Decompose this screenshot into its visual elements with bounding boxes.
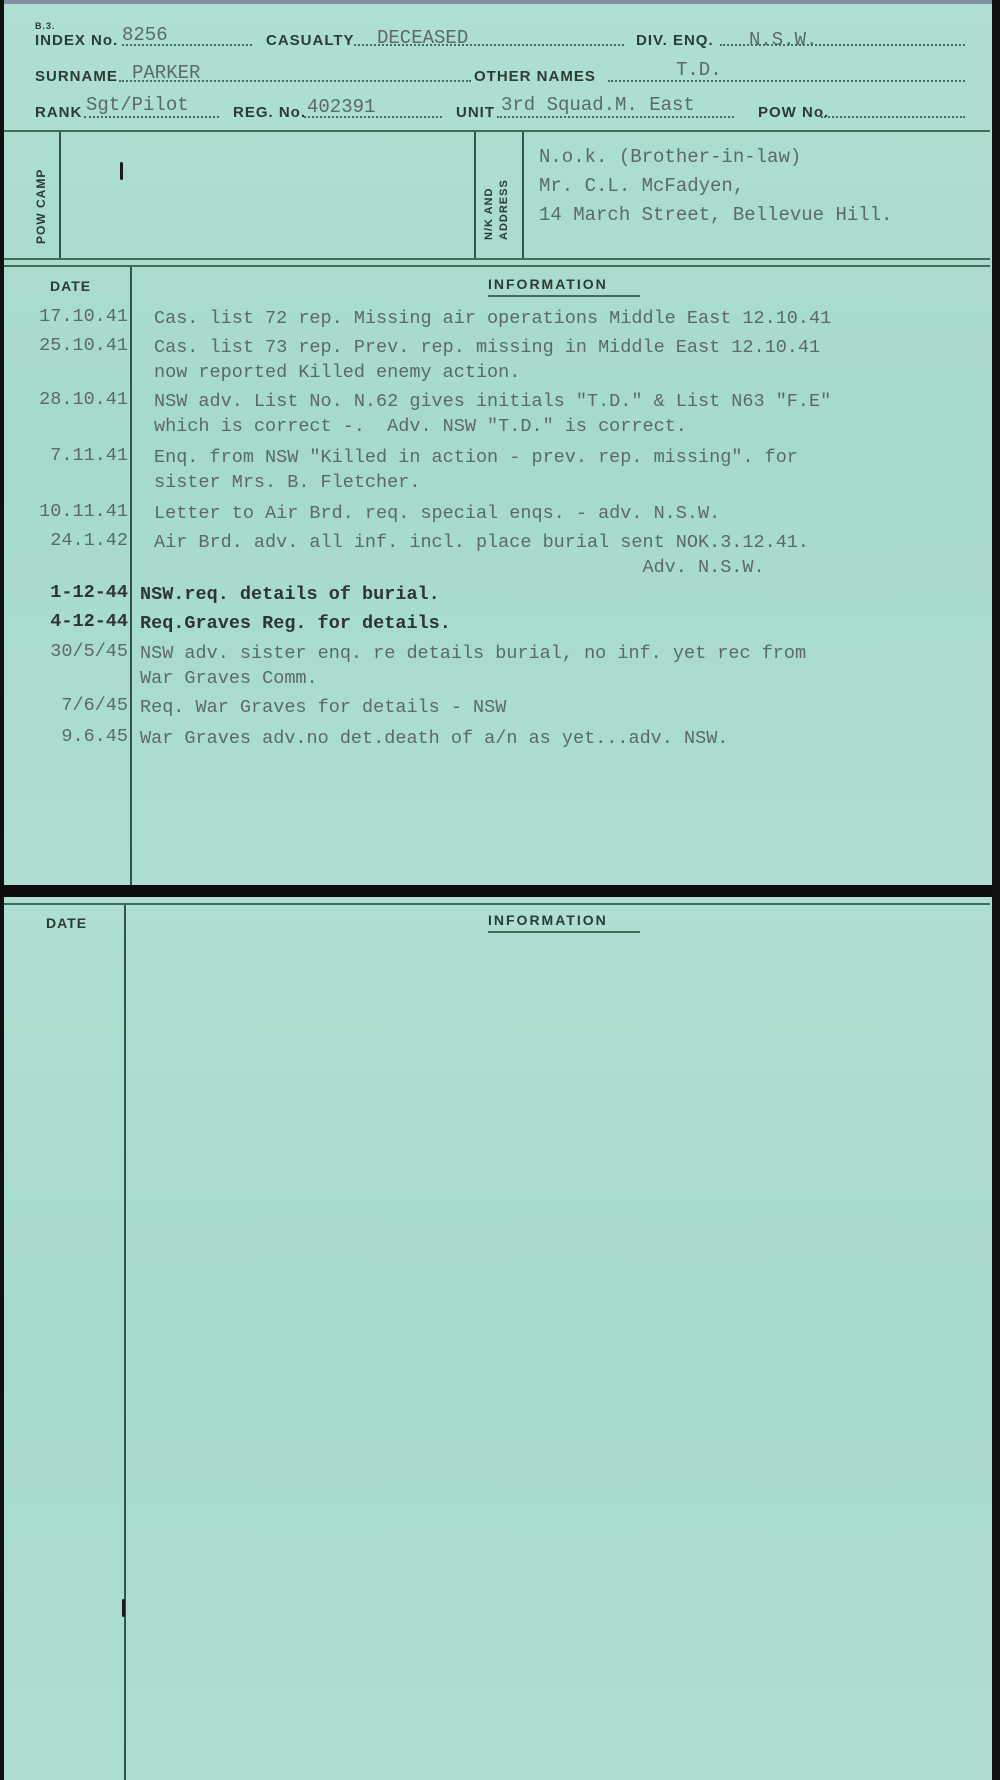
casualty-card-reverse: DATE INFORMATION [4, 897, 992, 1780]
card-divider [0, 885, 1000, 897]
nk-label-1: N/K AND [483, 188, 495, 240]
entry-text: Enq. from NSW "Killed in action - prev. … [154, 445, 798, 495]
pow-no-label: POW No. [758, 104, 829, 121]
entry-date: 30/5/45 [10, 641, 128, 662]
reg-no-dots [304, 116, 442, 118]
entry-text: NSW.req. details of burial. [140, 582, 440, 607]
entry-date: 7/6/45 [10, 695, 128, 716]
div-enq-label: DIV. ENQ. [636, 32, 714, 49]
entry-date: 17.10.41 [10, 306, 128, 327]
pow-camp-label: POW CAMP [34, 169, 48, 244]
date-header: DATE [50, 278, 91, 294]
reg-no-label: REG. No. [233, 104, 306, 121]
nk-divider-right [522, 132, 524, 260]
unit-value: 3rd Squad.M. East [501, 94, 695, 116]
entry-date: 4-12-44 [10, 611, 128, 632]
entry-date: 28.10.41 [10, 389, 128, 410]
rule-double-1 [4, 258, 990, 260]
entry-date: 9.6.45 [10, 726, 128, 747]
surname-label: SURNAME [35, 68, 118, 85]
entry-text: Air Brd. adv. all inf. incl. place buria… [154, 530, 809, 580]
entry-date: 25.10.41 [10, 335, 128, 356]
entry-date: 24.1.42 [10, 530, 128, 551]
entry-text: Req.Graves Reg. for details. [140, 611, 451, 636]
rule-top [4, 130, 990, 132]
entry-text: Cas. list 73 rep. Prev. rep. missing in … [154, 335, 820, 385]
reverse-date-header: DATE [46, 915, 87, 931]
entry-text: NSW adv. List No. N.62 gives initials "T… [154, 389, 831, 439]
div-enq-value: N.S.W. [749, 29, 817, 51]
entry-date: 1-12-44 [10, 582, 128, 603]
index-dots [122, 44, 252, 46]
entry-text: Req. War Graves for details - NSW [140, 695, 506, 720]
other-names-value: T.D. [676, 59, 722, 81]
div-enq-dots [720, 44, 965, 46]
index-value: 8256 [122, 24, 168, 46]
other-names-dots [608, 80, 965, 82]
reverse-date-divider [124, 905, 126, 1780]
pow-no-dots [821, 116, 965, 118]
form-code: B.3. [35, 21, 56, 31]
rank-label: RANK [35, 104, 82, 121]
reg-no-value: 402391 [307, 96, 375, 118]
entry-text: Cas. list 72 rep. Missing air operations… [154, 306, 831, 331]
nok-line-3: 14 March Street, Bellevue Hill. [539, 203, 892, 228]
punch-mark [120, 162, 123, 180]
pow-camp-divider [59, 132, 61, 260]
nok-line-1: N.o.k. (Brother-in-law) [539, 145, 801, 170]
entry-text: Letter to Air Brd. req. special enqs. - … [154, 501, 720, 526]
unit-dots [497, 116, 734, 118]
surname-dots [119, 80, 471, 82]
nk-divider-left [474, 132, 476, 260]
information-underline [488, 295, 640, 297]
index-label: INDEX No. [35, 32, 118, 49]
casualty-label: CASUALTY [266, 32, 355, 49]
information-header: INFORMATION [488, 276, 608, 292]
nok-line-2: Mr. C.L. McFadyen, [539, 174, 744, 199]
date-column-divider [130, 267, 132, 889]
reverse-information-header: INFORMATION [488, 912, 608, 928]
reverse-rule-top [4, 903, 990, 905]
casualty-dots [354, 44, 624, 46]
casualty-card-front: B.3. INDEX No. 8256 CASUALTY DECEASED DI… [4, 0, 992, 889]
entry-text: NSW adv. sister enq. re details burial, … [140, 641, 806, 691]
reverse-punch-mark [122, 1599, 125, 1617]
entry-date: 7.11.41 [10, 445, 128, 466]
entry-text: War Graves adv.no det.death of a/n as ye… [140, 726, 728, 751]
reverse-information-underline [488, 931, 640, 933]
rank-value: Sgt/Pilot [86, 94, 189, 116]
rank-dots [84, 116, 219, 118]
entry-date: 10.11.41 [10, 501, 128, 522]
scan-edge [992, 0, 1000, 1780]
rule-double-2 [4, 265, 990, 267]
nk-label-2: ADDRESS [498, 179, 510, 240]
other-names-label: OTHER NAMES [474, 68, 596, 85]
unit-label: UNIT [456, 104, 495, 121]
